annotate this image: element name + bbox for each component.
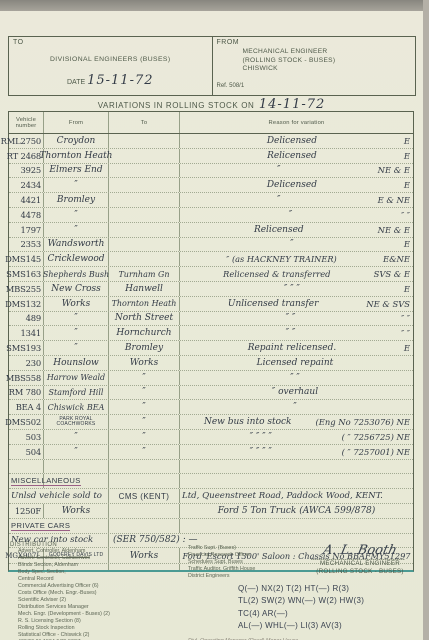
from-line-2: (ROLLING STOCK - BUSES) [243,57,336,66]
code-cell: NE & E [378,165,413,175]
vehicle-cell: DMS502 [5,417,41,427]
to-cell: North Street [115,313,173,323]
distribution-item: Commercial Advertising Officer (6) [10,583,180,590]
table-row: DMS132WorksThornton HeathUnlicensed tran… [9,297,413,312]
distribution-list: DISTRIBUTION Advert. Controller, Aldenha… [10,542,180,640]
from-cell: Works [62,506,90,516]
garage-code-line: TL(2) SW(2) WN(—) W(2) HW(3) [238,595,423,607]
vehicle-cell: 1250F [15,506,41,516]
header-box: TO DIVISIONAL ENGINEERS (BUSES) DATE 15-… [8,36,416,96]
distribution-item: Mech. Engr. (Development - Buses) (2) [10,611,180,618]
reason-cell: ″ [180,239,404,249]
distribution-item: R. S. Licensing Section (8) [10,618,180,625]
from-cell: ″ [74,432,77,442]
vehicle-cell: RML2750 [1,136,41,146]
to-cell: ″ [142,373,145,383]
signature-block: A. L. Booth MECHANICAL ENGINEER (ROLLING… [300,541,420,576]
col-reason: Reason for variation [180,112,413,133]
distribution-list-2: Traffic Supt. (Buses) Financial Research… [188,545,298,580]
to-cell: Works [130,358,158,368]
from-cell: ″ [74,343,77,353]
vehicle-cell: 2353 [20,239,41,249]
to-cell: ″ [142,387,145,397]
code-cell: E [404,284,413,294]
table-row: SMS193″BromleyRepaint relicensed.E [9,341,413,356]
distribution-item: District Engineers [188,573,298,580]
vehicle-cell: 4421 [20,195,41,205]
vehicle-cell: RM 780 [9,387,41,397]
scan-edge-top [0,0,429,11]
reason-cell: ″ ″ [180,328,401,338]
from-cell: New Cross [51,284,101,294]
table-row: MBS255New CrossHanwell″ ″ ″E [9,282,413,297]
to-cell: ″ [142,447,145,457]
table-row: 2434″DelicensedE [9,178,413,193]
table-row: 1341″Hornchurch″ ″″ ″ [9,326,413,341]
table-row: RML2750CroydonDelicensedE [9,134,413,149]
to-cell: Hornchurch [116,328,171,338]
to-value: DIVISIONAL ENGINEERS (BUSES) [9,56,212,63]
col-vehicle: Vehicle number [9,112,44,133]
vehicle-cell: MBS558 [6,373,41,383]
table-row: 4478″″″ ″ [9,208,413,223]
code-cell: E & NE [378,195,413,205]
from-section: FROM MECHANICAL ENGINEER (ROLLING STOCK … [213,37,416,95]
date-handwritten: 15-11-72 [87,73,153,88]
to-cell: Thornton Heath [112,299,177,308]
table-row: DMS145Cricklewood″ (as HACKNEY TRAINER)E… [9,252,413,267]
to-cell: Turnham Gn [118,270,169,279]
from-cell: ″ [74,180,77,190]
vehicle-cell: 1797 [20,225,41,235]
from-cell: ″ [74,447,77,457]
table-row: MBS558Harrow Weald″″ ″ [9,371,413,386]
table-row: 230HounslowWorksLicensed repaint [9,356,413,371]
table-row: RM 780Stamford Hill″″ overhaul [9,386,413,401]
distribution-item: Traffic Auditor, Griffith House [188,566,298,573]
table-row: BEA 4Chiswick BEA″″ [9,400,413,415]
distribution-item: Scientific Adviser (2) [10,597,180,604]
reason-cell: ″ [180,195,378,205]
from-address: MECHANICAL ENGINEER (ROLLING STOCK - BUS… [243,48,336,74]
table-row: 3925Elmers End″NE & E [9,164,413,179]
reason-cell: Ford 5 Ton Truck (AWCA 599/878) [180,506,413,516]
form-paper: TO DIVISIONAL ENGINEERS (BUSES) DATE 15-… [0,11,423,640]
reason-cell: ″ [180,165,378,175]
distribution-item: Central Record [10,576,180,583]
table-row: DMS502PARK ROYAL COACHWORKS″New bus into… [9,415,413,430]
garage-code-line: AL(—) WHL(—) LI(3) AV(3) [238,620,423,632]
misc-sold-row: Unlsd vehicle sold toCMS (KENT)Ltd, Quee… [9,489,413,504]
to-label: TO [13,39,24,46]
distribution-item-struck: Advert. Controller, Camberwell [10,555,180,562]
from-cell: Bromley [57,195,95,205]
from-cell: ″ [74,313,77,323]
table-header-row: Vehicle number From To Reason for variat… [9,112,413,134]
vehicle-cell: SMS163 [6,269,41,279]
code-cell: E [404,239,413,249]
from-cell: ″ [74,210,77,220]
table-row: RT 2468Thornton HeathRelicensedE [9,149,413,164]
code-cell: E [404,151,413,161]
code-cell: NE & E [378,225,413,235]
vehicle-cell: BEA 4 [16,402,41,412]
vehicle-cell: 3925 [20,165,41,175]
table-row: 2353Wandsworth″E [9,238,413,253]
vehicle-cell: 2434 [20,180,41,190]
reason-cell: ″ [180,402,410,412]
from-line-3: CHISWICK [243,65,336,74]
date-line: DATE 15-11-72 [9,73,212,88]
code-cell: E&NE [383,254,413,264]
private-cars-heading: PRIVATE CARS [11,521,70,531]
vehicle-cell: 489 [26,313,41,323]
code-cell: ( ″ 7257001) NE [342,447,413,457]
code-cell: ″ ″ [401,328,413,338]
distribution-item: Costs Office (Mech. Engr.-Buses) [10,590,180,597]
distribution-item: Distribution Services Manager [10,604,180,611]
from-cell: Cricklewood [47,254,104,264]
from-cell: ″ [74,328,77,338]
to-cell: ″ [142,402,145,412]
reason-cell: ″ (as HACKNEY TRAINER) [180,254,383,264]
distribution-item: Rolling Stock Inspection [10,625,180,632]
stock-table: Vehicle number From To Reason for variat… [8,111,414,572]
reason-cell: Relicensed [180,151,404,161]
distribution-item: Traffic Supt. (Buses) [188,545,298,552]
table-row: 4421Bromley″E & NE [9,193,413,208]
vehicle-cell: MBS255 [6,284,41,294]
sold-text-left: Unlsd vehicle sold to [11,491,102,501]
table-row-empty [9,460,413,475]
reason-cell: ″ ″ ″ ″ [180,447,342,457]
from-cell: Croydon [57,136,96,146]
vehicle-cell: SMS193 [6,343,41,353]
distribution-item: Blinds Section, Aldenham [10,562,180,569]
scan-edge-right [423,0,429,640]
distribution-item: Advert. Controller, Aldenham [10,548,180,555]
from-cell: Works [62,299,90,309]
from-label: FROM [217,39,240,46]
sold-text-right: Ltd, Queenstreet Road, Paddock Wood, KEN… [180,491,383,501]
distribution-item: Body Spec. Section, [10,569,180,576]
distribution-item: Statistical Office - Chiswick (2) [10,632,180,639]
table-row: SMS163Shepherds BushTurnham GnRelicensed… [9,267,413,282]
code-cell: NE & SVS [366,299,413,309]
code-cell: ( ″ 7256725) NE [342,432,413,442]
reason-cell: Licensed repaint [180,358,410,368]
date-label: DATE [67,79,85,86]
reason-cell: Relicensed [180,225,378,235]
col-from: From [44,112,109,133]
table-row: 1797″RelicensedNE & E [9,223,413,238]
reason-cell: ″ ″ ″ [180,284,404,294]
garage-code-line: Q(—) NX(2) T(2) HT(—) R(3) [238,583,423,595]
title-date-handwritten: 14-11-72 [259,97,325,112]
reason-cell: Repaint relicensed. [180,343,404,353]
distribution-item: Financial Research Officer [188,552,298,559]
from-cell: Harrow Weald [47,373,105,382]
private-cars-heading-row: PRIVATE CARS [9,519,413,534]
vehicle-cell: 504 [26,447,41,457]
sold-text-mid: CMS (KENT) [119,492,170,501]
table-row: 503″″″ ″ ″ ″( ″ 7256725) NE [9,430,413,445]
ref-number: Ref. 508/1 [217,83,245,89]
vehicle-cell: 230 [26,358,41,368]
reason-cell: New bus into stock [180,417,315,427]
reason-cell: ″ overhaul [180,387,410,397]
reason-cell: Unlicensed transfer [180,299,366,309]
reason-cell: Delicensed [180,180,404,190]
code-cell: E [404,343,413,353]
vehicle-cell: 4478 [20,210,41,220]
to-cell: Hanwell [125,284,163,294]
to-cell: Bromley [125,343,163,353]
vehicle-cell: 1341 [20,328,41,338]
col-to: To [109,112,180,133]
code-cell: E [404,180,413,190]
from-cell: Thornton Heath [40,151,113,161]
misc-1250-row: 1250FWorksFord 5 Ton Truck (AWCA 599/878… [9,504,413,519]
from-cell: ″ [74,225,77,235]
reason-cell: ″ [180,210,401,220]
code-cell: SVS & E [374,269,413,279]
code-cell: E [404,136,413,146]
from-line-1: MECHANICAL ENGINEER [243,48,336,57]
to-section: TO DIVISIONAL ENGINEERS (BUSES) DATE 15-… [9,37,213,95]
from-cell: Stamford Hill [49,388,104,397]
garage-code-line: TC(4) AR(—) [238,608,423,620]
from-cell: Chiswick BEA [48,403,105,412]
from-cell: Hounslow [53,358,98,368]
reason-cell: ″ ″ ″ ″ [180,432,342,442]
signature: A. L. Booth [312,543,409,560]
from-cell: Wandsworth [48,239,105,249]
table-row: 504″″″ ″ ″ ″( ″ 7257001) NE [9,445,413,460]
garage-codes: Q(—) NX(2) T(2) HT(—) R(3) TL(2) SW(2) W… [238,583,423,633]
from-cell: PARK ROYAL COACHWORKS [44,417,108,427]
from-cell: Shepherds Bush [43,270,109,279]
title-text: VARIATIONS IN ROLLING STOCK ON [98,101,255,110]
code-cell: ″ ″ [401,313,413,323]
reason-cell: Delicensed [180,136,404,146]
to-cell: ″ [142,432,145,442]
reason-cell: ″ ″ [180,313,401,323]
signature-title-2: (ROLLING STOCK - BUSES) [300,568,420,576]
reason-cell: Relicensed & transferred [180,269,374,279]
code-cell: ″ ″ [401,210,413,220]
signature-title-1: MECHANICAL ENGINEER [300,560,420,568]
vehicle-cell: DMS132 [5,299,41,309]
vehicle-cell: 503 [26,432,41,442]
vehicle-cell: RT 2468 [7,151,41,161]
distribution-item: Schedules Supt. Buses [188,559,298,566]
misc-heading-row: MISCELLANEOUS [9,474,413,489]
table-row: 489″North Street″ ″″ ″ [9,312,413,327]
code-cell: (Eng No 7253076) NE [315,417,413,427]
to-cell: ″ [142,417,145,427]
vehicle-cell: DMS145 [5,254,41,264]
reason-cell: ″ ″ [180,373,410,383]
from-cell: Elmers End [49,165,102,175]
